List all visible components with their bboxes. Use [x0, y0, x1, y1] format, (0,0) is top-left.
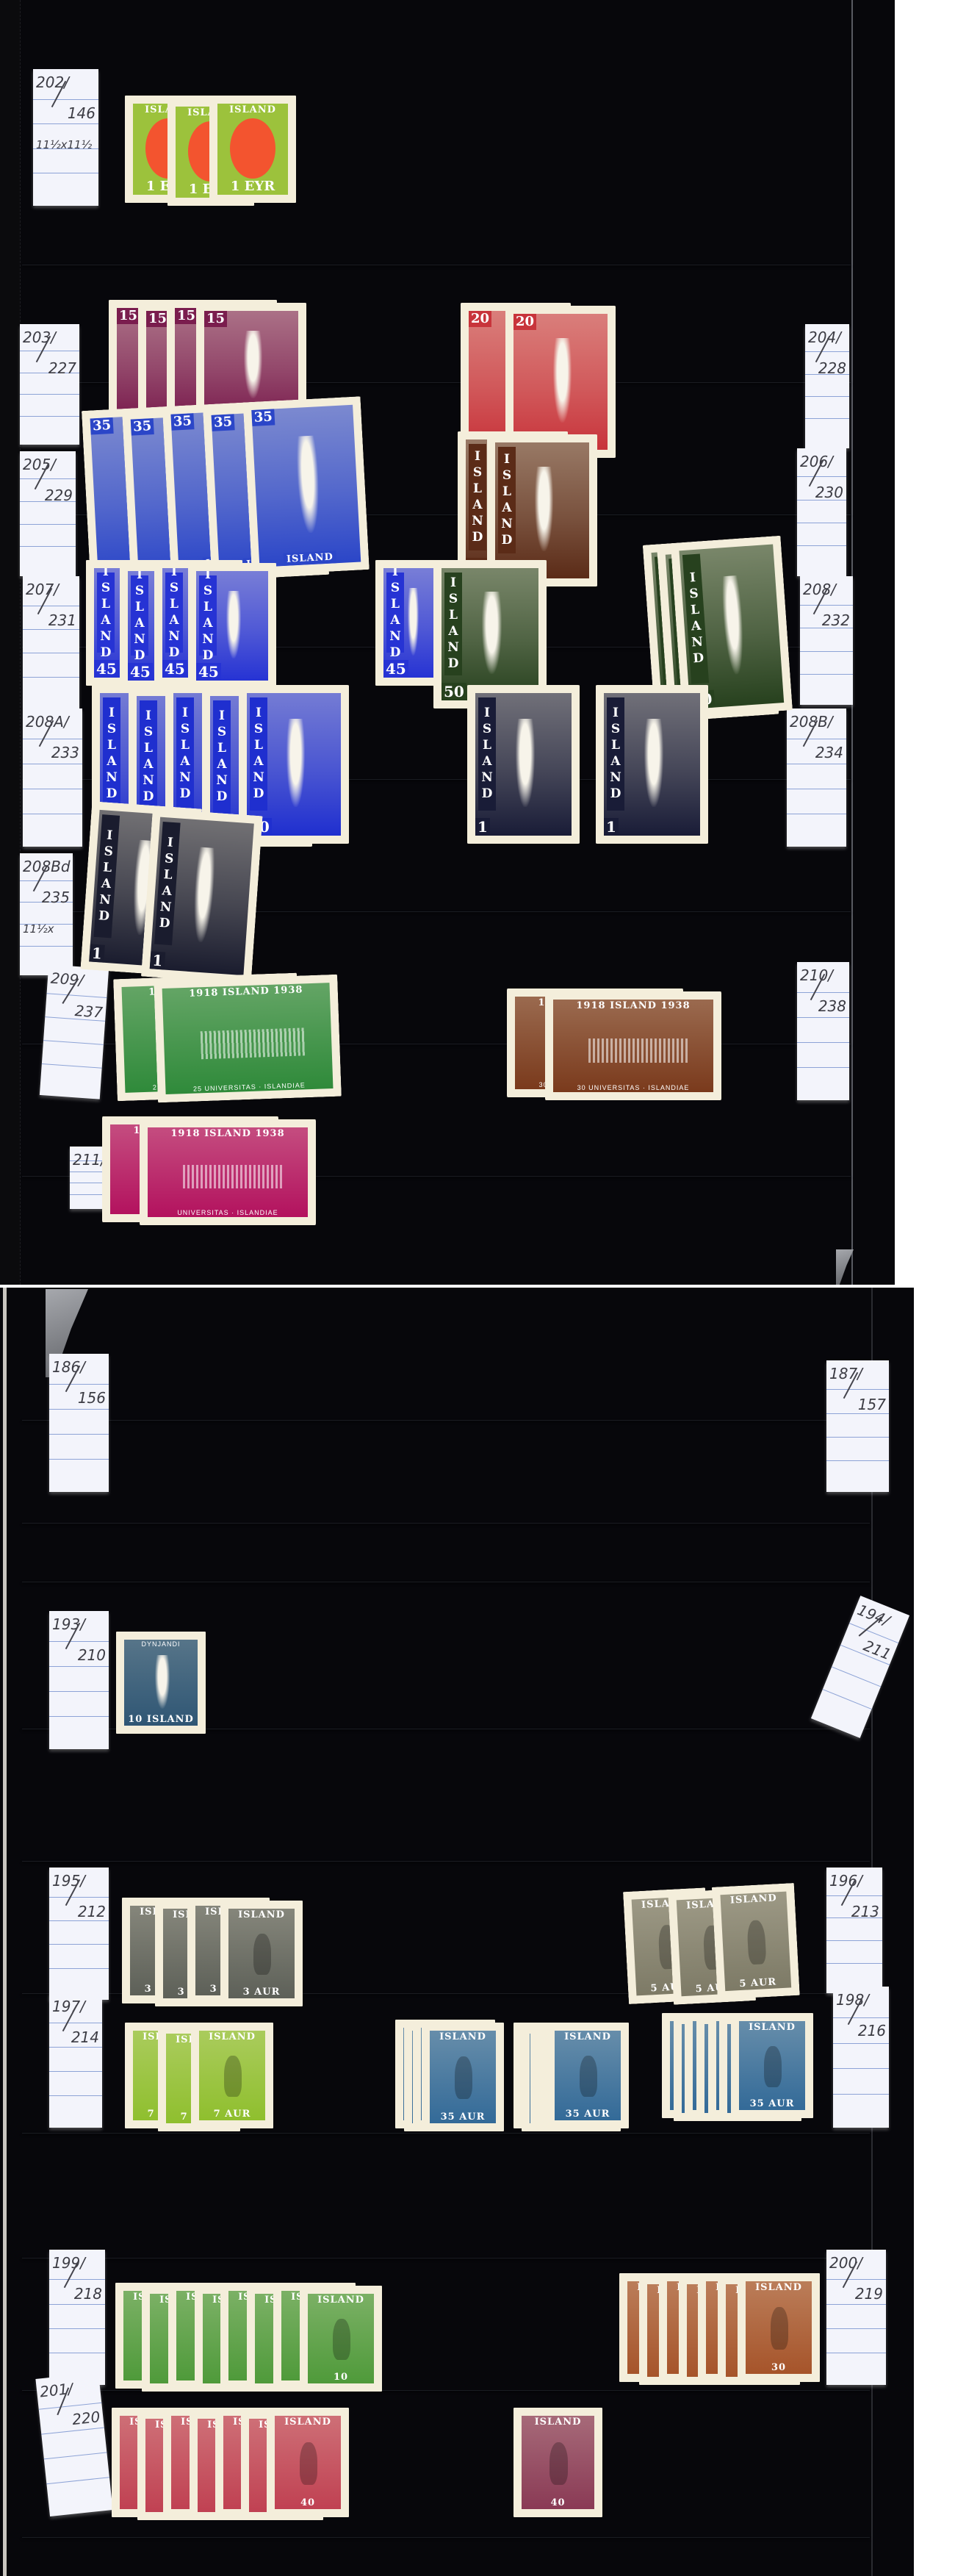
stamp-denomination: 1: [150, 951, 166, 969]
geyser-plume: [408, 588, 419, 656]
geyser-plume: [553, 338, 572, 423]
stamp-denomination: 40: [547, 2497, 568, 2509]
label-rule-line: [49, 1716, 109, 1717]
stamp-caption: 25 UNIVERSITAS · ISLANDIAE: [190, 1080, 309, 1094]
stamp-group: ISLAND3 AURISLAND3 AURISLAND3 AURISLAND3…: [122, 1898, 303, 2006]
catalogue-label: 207/231: [23, 576, 79, 708]
geyser-plume: [244, 331, 263, 398]
label-rule-line: [20, 394, 79, 395]
label-rule-line: [20, 416, 79, 417]
stamp-design: ISLAND3 AUR: [228, 1909, 295, 1998]
stamp-country: ISLAND: [131, 575, 148, 656]
label-rule-line: [33, 173, 98, 173]
label-rule-line: [49, 2304, 105, 2305]
stamp-portrait: [580, 2056, 597, 2097]
stamp-group: ISLAND1 EYRISLAND1 EYRISLAND1 EYR: [125, 96, 296, 206]
stamp-group: ISLAND1 ISLAND1: [80, 801, 263, 984]
catalogue-label: 205/229: [20, 451, 76, 576]
label-rule-line: [23, 739, 82, 739]
geyser-plume: [226, 591, 241, 659]
stamp-caption: 30 UNIVERSITAS · ISLANDIAE: [574, 1083, 693, 1092]
stamp-design: DYNJANDI10 ISLAND: [124, 1640, 198, 1726]
label-rule-line: [787, 739, 846, 739]
stamp-denomination: 5 AUR: [736, 1976, 780, 1990]
stamp-denomination: 15: [204, 311, 227, 327]
postage-stamp[interactable]: ISLAND45: [188, 563, 276, 689]
stamp-denomination: 40: [298, 2497, 318, 2509]
stamp-denomination: 10 ISLAND: [125, 1713, 196, 1726]
strip-divider: [22, 1523, 870, 1524]
stamp-denomination: 1 EYR: [228, 179, 277, 195]
stamp-design: ISLAND40: [495, 442, 589, 578]
stamp-denomination: 30: [768, 2361, 789, 2374]
geyser-plume: [516, 719, 535, 807]
label-rule-line: [20, 478, 76, 479]
stamp-design: ISLAND1 EYR: [217, 104, 288, 195]
postage-stamp[interactable]: ISLAND1: [596, 685, 708, 844]
label-alt-number: 234: [815, 744, 843, 761]
stamp-denomination: 35: [131, 418, 154, 436]
catalogue-label: 203/227: [20, 324, 79, 445]
postage-stamp[interactable]: 1918 ISLAND 193830 UNIVERSITAS · ISLANDI…: [545, 991, 721, 1100]
stamp-country: ISLAND: [607, 697, 624, 811]
stamp-denomination: 35: [90, 417, 114, 435]
catalogue-label: 204/228: [805, 324, 849, 448]
label-rule-line: [49, 1944, 109, 1945]
catalogue-label: 196/213: [826, 1868, 882, 1993]
label-alt-number: 219: [855, 2285, 883, 2303]
postage-stamp[interactable]: ISLAND3 AUR: [220, 1901, 303, 2006]
stamp-denomination: 10: [331, 2371, 351, 2383]
stamp-country: ISLAND: [213, 700, 231, 814]
stamp-country: ISLAND: [746, 2021, 799, 2034]
stamp-denomination: 50: [442, 683, 466, 700]
stamp-group: DYNJANDI10 ISLAND: [116, 1632, 206, 1737]
stamp-design: ISLAND35 AUR: [430, 2031, 496, 2123]
stamp-design: 1918 ISLAND 193825 UNIVERSITAS · ISLANDI…: [162, 983, 334, 1094]
label-rule-line: [49, 1384, 109, 1385]
stamp-denomination: 35: [212, 414, 235, 431]
label-alt-number: 146: [68, 104, 95, 122]
label-alt-number: 229: [45, 487, 73, 504]
page-edge: [3, 1288, 7, 2576]
catalogue-label: 195/212: [49, 1868, 109, 2000]
stamp-portrait: [549, 2442, 569, 2485]
label-rule-line: [20, 880, 73, 881]
label-rule-line: [49, 1434, 109, 1435]
stamp-design: ISLAND45: [196, 571, 268, 681]
label-rule-line: [826, 2304, 886, 2305]
stamp-portrait-oval: [230, 118, 275, 179]
label-rule-line: [23, 677, 79, 678]
label-rule-line: [49, 2328, 105, 2329]
label-alt-number: 220: [71, 2408, 101, 2428]
catalogue-label: 202/14611½x11½: [33, 69, 98, 206]
stamp-country: ISLAND: [314, 2294, 367, 2306]
postage-stamp[interactable]: DYNJANDI10 ISLAND: [116, 1632, 206, 1734]
label-rule-line: [20, 946, 73, 947]
stamp-country: ISLAND: [226, 104, 279, 116]
label-alt-number: 228: [818, 359, 846, 377]
catalogue-label: 208Bd23511½x: [20, 853, 73, 975]
stamp-country: ISLAND: [386, 573, 404, 653]
stamp-country: ISLAND: [281, 2416, 334, 2428]
catalogue-label: 198/216: [833, 1987, 889, 2128]
label-alt-number: 232: [822, 611, 850, 629]
label-rule-line: [823, 1689, 872, 1709]
stamp-design: ISLAND1: [604, 693, 700, 836]
label-rule-line: [42, 1063, 102, 1069]
label-rule-line: [797, 1067, 849, 1068]
stamp-country: ISLAND: [498, 447, 516, 553]
label-rule-line: [49, 1897, 109, 1898]
stamp-denomination: 35: [170, 413, 194, 431]
label-rule-line: [826, 1963, 882, 1964]
label-rule-line: [23, 764, 82, 764]
stamp-denomination: 45: [94, 660, 119, 678]
stamp-denomination: 20: [513, 314, 536, 330]
stamp-group: 35ISLAND35ISLAND35ISLAND35ISLAND35ISLAND: [82, 396, 370, 587]
stamp-country: ISLAND: [154, 822, 181, 945]
postage-stamp[interactable]: ISLAND35 AUR: [731, 2013, 813, 2118]
label-alt-number: 214: [71, 2028, 99, 2046]
label-rule-line: [800, 605, 853, 606]
stamp-group: ISLAND1: [467, 685, 580, 847]
stamp-country: 1918 ISLAND 1938: [167, 1127, 287, 1140]
catalogue-label: 186/156: [49, 1354, 109, 1492]
label-rule-line: [49, 2023, 102, 2023]
strip-divider: [22, 1420, 870, 1421]
stamp-group: ISLAND10ISLAND10ISLAND10ISLAND10ISLAND10…: [115, 2283, 382, 2392]
catalogue-label: 199/218: [49, 2250, 105, 2385]
geyser-plume: [482, 592, 501, 674]
stamp-design: 20GEYSIR: [513, 314, 608, 450]
stamp-portrait: [253, 1934, 270, 1975]
label-alt-number: 218: [74, 2285, 102, 2303]
label-rule-line: [797, 992, 849, 993]
postage-stamp[interactable]: ISLAND5 AUR: [712, 1883, 800, 2000]
stamp-country: ISLAND: [235, 1909, 288, 1921]
label-rule-line: [46, 2477, 109, 2484]
catalogue-label: 209/237: [40, 964, 109, 1099]
label-rule-line: [797, 476, 846, 477]
label-rule-line: [805, 418, 849, 419]
label-rule-line: [49, 2095, 102, 2096]
stamp-denomination: 35 AUR: [563, 2108, 613, 2120]
strip-divider: [22, 265, 851, 265]
catalogue-label: 208A/233: [23, 708, 82, 847]
stamp-country: ISLAND: [752, 2281, 805, 2294]
stamp-denomination: 1: [604, 818, 619, 836]
page-binding-edge: [0, 0, 21, 1285]
label-rule-line: [787, 764, 846, 764]
geyser-plume: [286, 719, 306, 807]
label-alt-number: 211: [861, 1637, 893, 1664]
label-rule-line: [49, 2047, 102, 2048]
catalogue-label: 208B/234: [787, 708, 846, 847]
stamp-caption: ISLAND: [284, 550, 337, 566]
postage-stamp[interactable]: 35ISLAND: [243, 396, 370, 575]
label-alt-number: 212: [78, 1903, 106, 1920]
stamp-group: ISLAND35 AURISLAND35 AURISLAND35 AURISLA…: [662, 2013, 813, 2121]
stamp-group: ISLAND7 AURISLAND7 AURISLAND7 AUR: [125, 2023, 273, 2131]
label-rule-line: [33, 123, 98, 124]
stamp-denomination: 45: [196, 663, 221, 681]
stamp-group: ISLAND30ISLAND30ISLAND30ISLAND30ISLAND30…: [619, 2273, 820, 2385]
stamp-country: ISLAND: [532, 2416, 585, 2428]
stamp-design: ISLAND1: [475, 693, 572, 836]
stamp-denomination: 7 AUR: [211, 2108, 254, 2120]
label-alt-number: 210: [78, 1646, 106, 1664]
stamp-group: ISLAND1: [596, 685, 708, 847]
catalogue-label: 200/219: [826, 2250, 886, 2385]
catalogue-label: 187/157: [826, 1360, 889, 1492]
catalogue-label: 208/232: [800, 576, 853, 705]
stamp-country: ISLAND: [206, 2031, 259, 2043]
university-building: [183, 1165, 282, 1188]
label-alt-number: 230: [815, 484, 843, 501]
stamp-design: ISLAND1: [150, 817, 254, 975]
stamp-denomination: 15: [146, 311, 169, 327]
label-rule-line: [23, 606, 79, 606]
label-rule-line: [826, 1895, 882, 1896]
stamp-design: ISLAND40: [522, 2416, 594, 2509]
stamp-portrait: [300, 2442, 317, 2485]
stamp-design: ISLAND30: [746, 2281, 812, 2374]
stamp-denomination: 15: [117, 308, 140, 324]
stamp-country: ISLAND: [103, 697, 120, 811]
geyser-plume: [644, 719, 663, 807]
stamp-design: ISLAND35 AUR: [555, 2031, 621, 2120]
label-rule-line: [49, 2071, 102, 2072]
stamp-denomination: 3 AUR: [240, 1986, 284, 1998]
stamp-group: ISLAND40: [513, 2408, 602, 2520]
stamp-portrait: [224, 2056, 241, 2097]
stamp-denomination: 1: [89, 944, 105, 962]
stamp-design: 1918 ISLAND 193830 UNIVERSITAS · ISLANDI…: [553, 1000, 713, 1092]
stamp-country: ISLAND: [94, 814, 120, 938]
label-alt-number: 237: [74, 1002, 104, 1022]
stamp-group: 1918 ISLAND 193825 UNIVERSITAS · ISLANDI…: [113, 972, 342, 1105]
label-rule-line: [826, 2328, 886, 2329]
label-rule-line: [797, 523, 846, 523]
label-rule-line: [833, 2017, 889, 2018]
label-rule-line: [826, 2279, 886, 2280]
waterfall: [155, 1655, 170, 1709]
stamp-design: ISLAND45: [383, 568, 441, 678]
stamp-denomination: 20: [469, 311, 491, 327]
postage-stamp[interactable]: ISLAND35 AUR: [547, 2023, 629, 2128]
catalogue-label: 197/214: [49, 1993, 102, 2128]
stamp-country: ISLAND: [561, 2031, 614, 2043]
label-rule-line: [33, 99, 98, 100]
label-rule-line: [23, 789, 82, 789]
stamp-portrait: [771, 2307, 788, 2350]
strip-divider: [22, 2133, 870, 2134]
stamp-denomination: 45: [128, 663, 153, 681]
label-rule-line: [23, 814, 82, 814]
university-building: [201, 1028, 306, 1059]
label-rule-line: [20, 524, 76, 525]
postage-stamp[interactable]: ISLAND1: [467, 685, 580, 844]
stamp-design: 35ISLAND: [251, 405, 361, 567]
stamp-caption: UNIVERSITAS · ISLANDIAE: [174, 1208, 281, 1217]
geyser-plume: [295, 435, 320, 534]
catalogue-label: 193/210: [49, 1611, 109, 1749]
label-rule-line: [797, 1017, 849, 1018]
label-rule-line: [832, 1666, 881, 1687]
label-rule-line: [49, 1968, 109, 1969]
postage-stamp[interactable]: 1918 ISLAND 193825 UNIVERSITAS · ISLANDI…: [154, 975, 342, 1103]
stamp-group: ISLAND5 AURISLAND5 AURISLAND5 AUR: [623, 1883, 800, 2007]
catalogue-label: 210/238: [797, 962, 849, 1100]
label-alt-number: 238: [818, 997, 846, 1015]
label-alt-number: 157: [858, 1396, 886, 1413]
label-rule-line: [826, 1389, 889, 1390]
strip-divider: [22, 1861, 870, 1862]
stamp-denomination: 45: [162, 660, 187, 678]
label-rule-line: [787, 814, 846, 814]
label-alt-number: 227: [48, 359, 76, 377]
stamp-country: ISLAND: [250, 697, 267, 811]
stamp-country: ISLAND: [140, 700, 157, 814]
stamp-group: ISLAND45 ISLAND45 ISLAND45 ISLAND45: [86, 560, 276, 689]
label-alt-number: 216: [858, 2022, 886, 2039]
stamp-denomination: 35 AUR: [438, 2111, 489, 2123]
stamp-denomination: 35 AUR: [747, 2098, 798, 2110]
label-rule-line: [833, 2068, 889, 2069]
geyser-plume: [191, 847, 216, 943]
label-alt-number: 231: [48, 611, 76, 629]
strip-divider: [22, 2258, 870, 2259]
label-rule-line: [833, 2043, 889, 2044]
label-rule-line: [826, 1437, 889, 1438]
label-rule-line: [800, 651, 853, 652]
postage-stamp[interactable]: ISLAND30: [738, 2273, 820, 2382]
label-rule-line: [23, 653, 79, 653]
stamp-portrait: [764, 2046, 781, 2087]
label-rule-line: [41, 2428, 104, 2435]
stamp-country: ISLAND: [444, 573, 462, 675]
stamp-country: ISLAND: [199, 575, 217, 656]
label-rule-line: [43, 1040, 104, 1045]
stamp-country: ISLAND: [478, 697, 496, 811]
stamp-design: ISLAND10: [308, 2294, 374, 2383]
label-rule-line: [47, 993, 107, 998]
label-rule-line: [826, 1460, 889, 1461]
label-rule-line: [49, 1691, 109, 1692]
postage-stamp[interactable]: ISLAND7 AUR: [191, 2023, 273, 2128]
stamp-country: ISLAND: [727, 1892, 780, 1907]
label-rule-line: [49, 2353, 105, 2353]
label-rule-line: [49, 2279, 105, 2280]
stamp-denomination: 45: [383, 660, 408, 678]
label-rule-line: [805, 351, 849, 352]
postage-stamp[interactable]: ISLAND40: [267, 2408, 349, 2517]
label-rule-line: [833, 2094, 889, 2095]
stamp-denomination: 1: [475, 818, 490, 836]
stamp-design: 1918 ISLAND 1938UNIVERSITAS · ISLANDIAE: [148, 1127, 308, 1217]
label-rule-line: [49, 1920, 109, 1921]
postage-stamp[interactable]: 1918 ISLAND 1938UNIVERSITAS · ISLANDIAE: [140, 1119, 316, 1225]
stamp-portrait: [455, 2056, 472, 2099]
stamp-group: ISLAND35 AURISLAND35 AURISLAND35 AURISLA…: [513, 2023, 629, 2131]
postage-stamp[interactable]: ISLAND1: [141, 808, 263, 984]
label-rule-line: [49, 1641, 109, 1642]
postage-stamp[interactable]: ISLAND35 AUR: [422, 2023, 504, 2131]
stamp-group: ISLAND40ISLAND40ISLAND40ISLAND40ISLAND40…: [112, 2408, 349, 2520]
postage-stamp[interactable]: ISLAND10: [300, 2286, 382, 2392]
stamp-portrait: [747, 1920, 767, 1965]
label-rule-line: [800, 674, 853, 675]
label-perforation-note: 11½x: [23, 922, 70, 936]
label-rule-line: [44, 2452, 107, 2459]
label-rule-line: [787, 789, 846, 789]
stamp-design: ISLAND5 AUR: [720, 1892, 791, 1992]
strip-divider: [22, 1582, 870, 1582]
label-alt-number: 233: [51, 744, 79, 761]
stamp-country: ISLAND: [97, 573, 115, 653]
stamp-place-name: DYNJANDI: [138, 1640, 183, 1648]
label-perforation-note: 11½x11½: [36, 138, 95, 151]
label-rule-line: [49, 1666, 109, 1667]
label-alt-number: 235: [42, 889, 70, 906]
label-rule-line: [20, 546, 76, 547]
stamp-group: ISLAND35 AURISLAND35 AURISLAND35 AURISLA…: [395, 2020, 504, 2131]
postage-stamp[interactable]: ISLAND40: [513, 2408, 602, 2517]
stamp-country: ISLAND: [436, 2031, 489, 2043]
stamp-country: ISLAND: [682, 553, 709, 684]
stamp-portrait: [333, 2319, 350, 2360]
university-building: [588, 1038, 688, 1063]
strip-divider: [22, 2537, 870, 2538]
label-rule-line: [826, 2353, 886, 2353]
catalogue-label: 206/230: [797, 448, 846, 576]
label-rule-line: [826, 1940, 882, 1941]
stamp-country: ISLAND: [469, 444, 486, 550]
stamp-country: 1918 ISLAND 1938: [186, 983, 306, 1000]
stamp-group: 1918 ISLAND 193830 UNIVERSITAS · ISLANDI…: [507, 989, 721, 1100]
label-rule-line: [826, 1413, 889, 1414]
stamp-design: ISLAND50: [442, 568, 538, 700]
stamp-country: 1918 ISLAND 1938: [573, 1000, 693, 1012]
stamp-design: ISLAND40: [275, 2416, 341, 2509]
stamp-country: ISLAND: [165, 573, 183, 653]
label-rule-line: [20, 351, 79, 351]
label-rule-line: [805, 396, 849, 397]
label-rule-line: [49, 1459, 109, 1460]
geyser-plume: [721, 575, 746, 675]
stamp-denomination: 35: [251, 409, 275, 426]
label-rule-line: [49, 1409, 109, 1410]
stamp-design: ISLAND7 AUR: [199, 2031, 265, 2120]
stamp-country: ISLAND: [176, 697, 194, 811]
label-rule-line: [797, 545, 846, 546]
postage-stamp[interactable]: ISLAND1 EYR: [209, 96, 296, 203]
label-rule-line: [23, 629, 79, 630]
label-rule-line: [797, 1042, 849, 1043]
stamp-design: ISLAND35 AUR: [739, 2021, 805, 2110]
label-alt-number: 156: [78, 1389, 106, 1407]
stamp-group: 1918 ISLAND 1938UNIVERSITAS · ISLANDIAE1…: [102, 1116, 316, 1225]
geyser-plume: [535, 467, 554, 551]
label-alt-number: 213: [851, 1903, 879, 1920]
stamp-denomination: 15: [175, 308, 198, 324]
